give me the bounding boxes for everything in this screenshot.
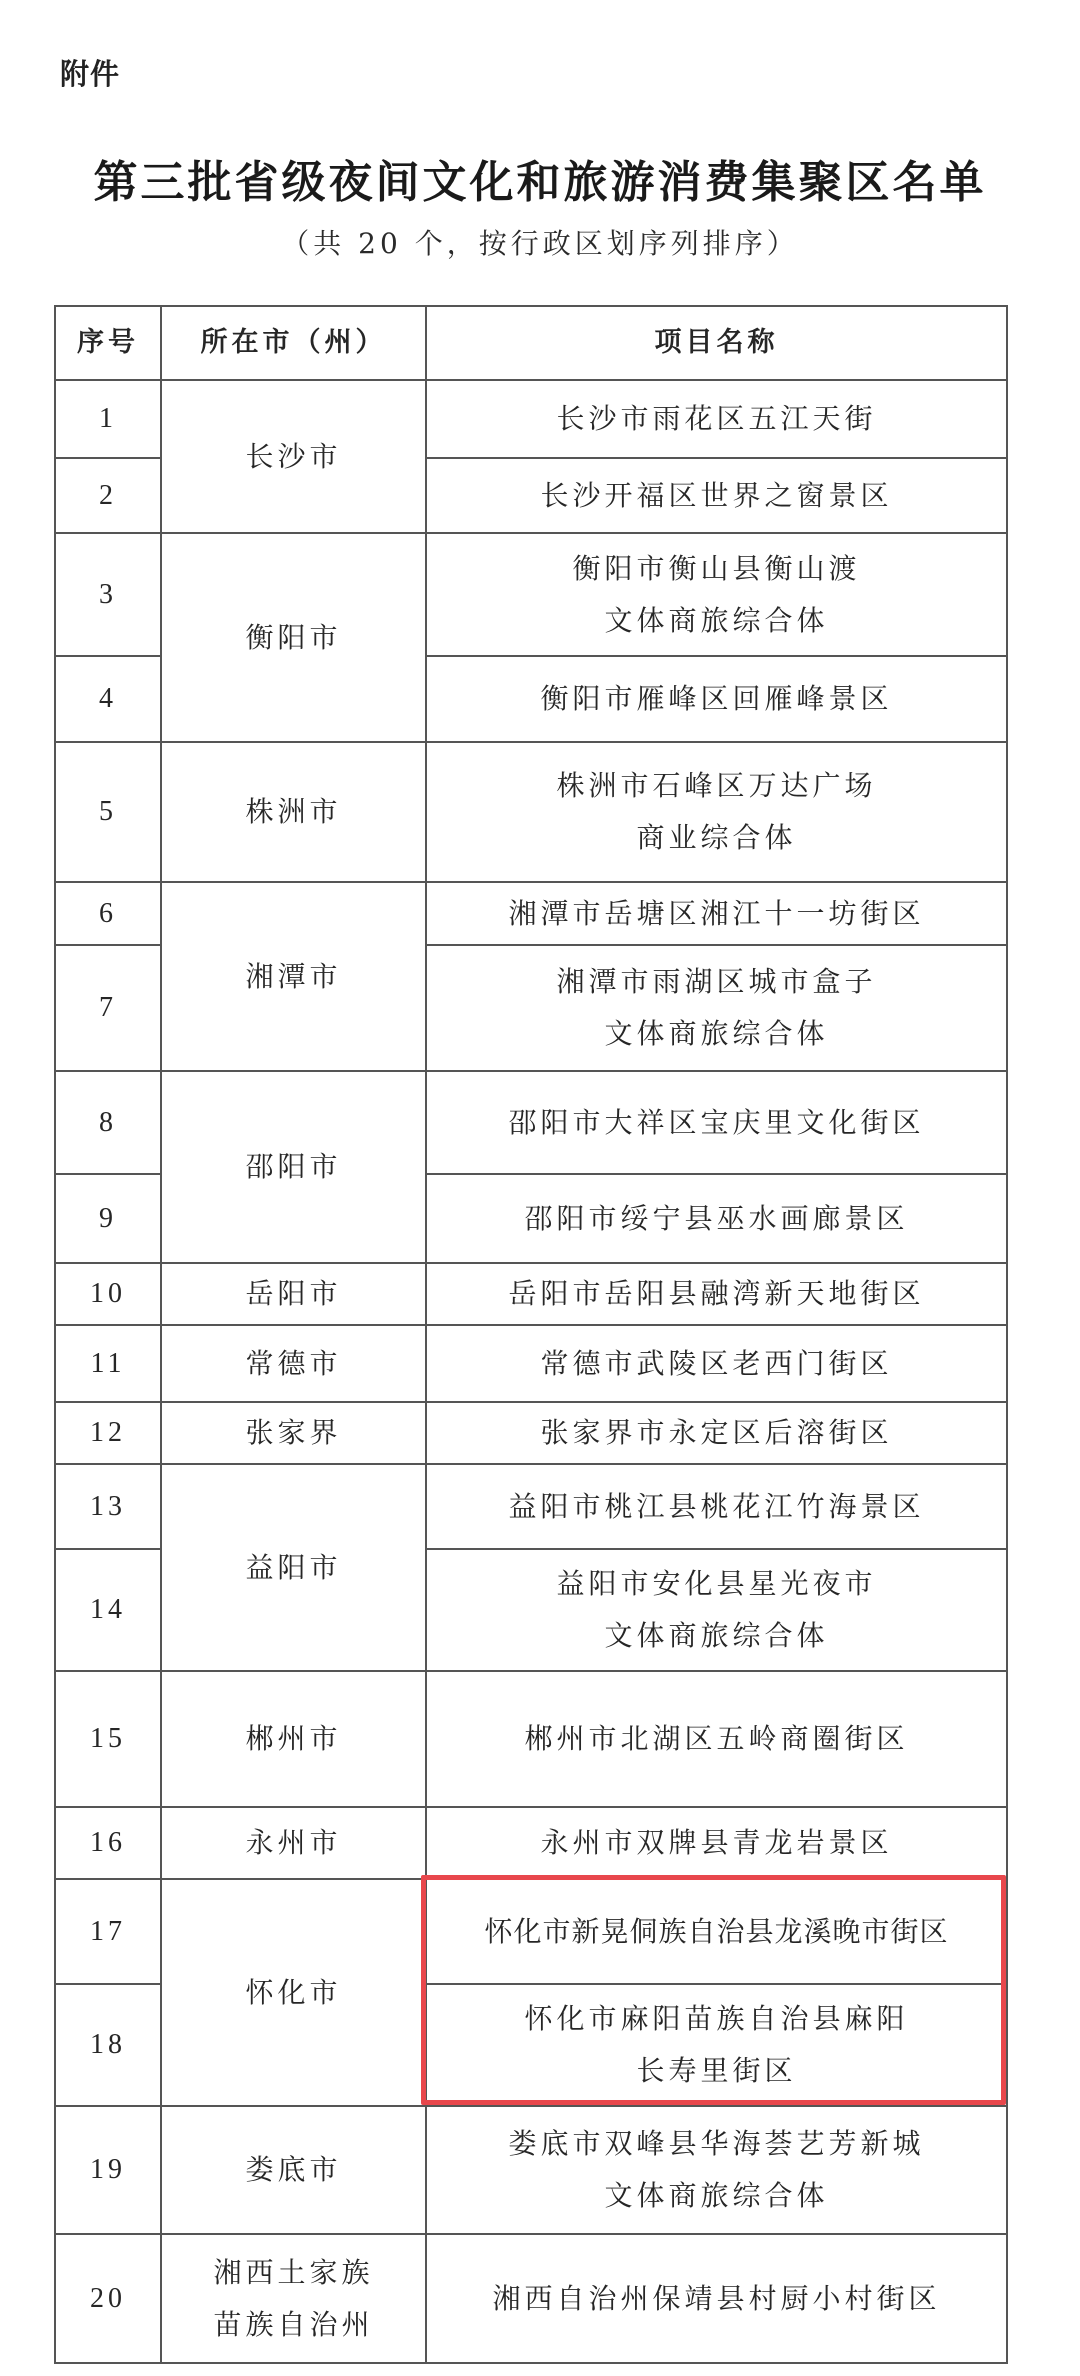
- row-city: 郴州市: [161, 1671, 426, 1807]
- project-line: 文体商旅综合体: [427, 1610, 1006, 1662]
- document-subtitle: （共 20 个，按行政区划序列排序）: [0, 222, 1080, 262]
- city-line: 湘西土家族: [162, 2247, 425, 2299]
- table-row: 12 张家界 张家界市永定区后溶街区: [55, 1402, 1007, 1464]
- row-project: 邵阳市绥宁县巫水画廊景区: [426, 1174, 1007, 1263]
- table-row: 1 长沙市 长沙市雨花区五江天街: [55, 380, 1007, 458]
- row-project: 益阳市桃江县桃花江竹海景区: [426, 1464, 1007, 1549]
- row-project: 益阳市安化县星光夜市文体商旅综合体: [426, 1549, 1007, 1671]
- table-row: 19 娄底市 娄底市双峰县华海荟艺芳新城文体商旅综合体: [55, 2106, 1007, 2234]
- row-city: 益阳市: [161, 1464, 426, 1671]
- row-number: 7: [55, 945, 161, 1071]
- row-project: 岳阳市岳阳县融湾新天地街区: [426, 1263, 1007, 1325]
- cluster-list-table: 序号 所在市（州） 项目名称 1 长沙市 长沙市雨花区五江天街 2 长沙开福区世…: [54, 305, 1008, 2364]
- row-city: 永州市: [161, 1807, 426, 1879]
- row-city: 湘潭市: [161, 882, 426, 1071]
- table-row: 8 邵阳市 邵阳市大祥区宝庆里文化街区: [55, 1071, 1007, 1174]
- row-number: 17: [55, 1879, 161, 1984]
- row-number: 9: [55, 1174, 161, 1263]
- project-line: 文体商旅综合体: [427, 1008, 1006, 1060]
- row-city: 常德市: [161, 1325, 426, 1402]
- header-city: 所在市（州）: [161, 306, 426, 380]
- row-city: 湘西土家族苗族自治州: [161, 2234, 426, 2363]
- project-line: 商业综合体: [427, 812, 1006, 864]
- row-project: 湘潭市雨湖区城市盒子文体商旅综合体: [426, 945, 1007, 1071]
- row-project: 长沙开福区世界之窗景区: [426, 458, 1007, 533]
- table-row: 5 株洲市 株洲市石峰区万达广场商业综合体: [55, 742, 1007, 882]
- table-row: 11 常德市 常德市武陵区老西门街区: [55, 1325, 1007, 1402]
- row-project: 怀化市麻阳苗族自治县麻阳长寿里街区: [426, 1984, 1007, 2106]
- project-line: 株洲市石峰区万达广场: [427, 760, 1006, 812]
- row-project: 衡阳市雁峰区回雁峰景区: [426, 656, 1007, 742]
- row-number: 2: [55, 458, 161, 533]
- row-project: 常德市武陵区老西门街区: [426, 1325, 1007, 1402]
- project-line: 怀化市麻阳苗族自治县麻阳: [427, 1993, 1006, 2045]
- row-number: 6: [55, 882, 161, 945]
- row-number: 19: [55, 2106, 161, 2234]
- row-number: 15: [55, 1671, 161, 1807]
- row-project: 湘潭市岳塘区湘江十一坊街区: [426, 882, 1007, 945]
- table-row: 3 衡阳市 衡阳市衡山县衡山渡文体商旅综合体: [55, 533, 1007, 656]
- row-city: 长沙市: [161, 380, 426, 533]
- project-line: 娄底市双峰县华海荟艺芳新城: [427, 2118, 1006, 2170]
- table-row: 17 怀化市 怀化市新晃侗族自治县龙溪晚市街区: [55, 1879, 1007, 1984]
- table-row: 20 湘西土家族苗族自治州 湘西自治州保靖县村厨小村街区: [55, 2234, 1007, 2363]
- row-number: 3: [55, 533, 161, 656]
- row-city: 衡阳市: [161, 533, 426, 742]
- row-city: 株洲市: [161, 742, 426, 882]
- project-line: 长寿里街区: [427, 2045, 1006, 2097]
- row-number: 11: [55, 1325, 161, 1402]
- project-line: 文体商旅综合体: [427, 595, 1006, 647]
- row-project: 郴州市北湖区五岭商圈街区: [426, 1671, 1007, 1807]
- table-row: 15 郴州市 郴州市北湖区五岭商圈街区: [55, 1671, 1007, 1807]
- row-number: 20: [55, 2234, 161, 2363]
- attachment-label: 附件: [60, 52, 120, 93]
- document-title: 第三批省级夜间文化和旅游消费集聚区名单: [0, 146, 1080, 210]
- row-city: 怀化市: [161, 1879, 426, 2106]
- header-project-name: 项目名称: [426, 306, 1007, 380]
- row-number: 5: [55, 742, 161, 882]
- row-project: 张家界市永定区后溶街区: [426, 1402, 1007, 1464]
- row-city: 娄底市: [161, 2106, 426, 2234]
- row-project: 怀化市新晃侗族自治县龙溪晚市街区: [426, 1879, 1007, 1984]
- row-number: 12: [55, 1402, 161, 1464]
- table-header-row: 序号 所在市（州） 项目名称: [55, 306, 1007, 380]
- row-project: 永州市双牌县青龙岩景区: [426, 1807, 1007, 1879]
- table-row: 6 湘潭市 湘潭市岳塘区湘江十一坊街区: [55, 882, 1007, 945]
- project-line: 文体商旅综合体: [427, 2170, 1006, 2222]
- row-number: 13: [55, 1464, 161, 1549]
- row-project: 邵阳市大祥区宝庆里文化街区: [426, 1071, 1007, 1174]
- table-row: 16 永州市 永州市双牌县青龙岩景区: [55, 1807, 1007, 1879]
- row-number: 1: [55, 380, 161, 458]
- row-number: 4: [55, 656, 161, 742]
- table-row: 13 益阳市 益阳市桃江县桃花江竹海景区: [55, 1464, 1007, 1549]
- table-row: 10 岳阳市 岳阳市岳阳县融湾新天地街区: [55, 1263, 1007, 1325]
- row-project: 株洲市石峰区万达广场商业综合体: [426, 742, 1007, 882]
- project-line: 衡阳市衡山县衡山渡: [427, 543, 1006, 595]
- row-number: 8: [55, 1071, 161, 1174]
- row-number: 10: [55, 1263, 161, 1325]
- project-line: 益阳市安化县星光夜市: [427, 1558, 1006, 1610]
- row-city: 张家界: [161, 1402, 426, 1464]
- row-number: 18: [55, 1984, 161, 2106]
- project-line: 湘潭市雨湖区城市盒子: [427, 956, 1006, 1008]
- row-number: 16: [55, 1807, 161, 1879]
- row-city: 邵阳市: [161, 1071, 426, 1263]
- row-project: 娄底市双峰县华海荟艺芳新城文体商旅综合体: [426, 2106, 1007, 2234]
- row-city: 岳阳市: [161, 1263, 426, 1325]
- row-project: 长沙市雨花区五江天街: [426, 380, 1007, 458]
- row-project: 衡阳市衡山县衡山渡文体商旅综合体: [426, 533, 1007, 656]
- row-number: 14: [55, 1549, 161, 1671]
- city-line: 苗族自治州: [162, 2299, 425, 2351]
- row-project: 湘西自治州保靖县村厨小村街区: [426, 2234, 1007, 2363]
- header-serial-number: 序号: [55, 306, 161, 380]
